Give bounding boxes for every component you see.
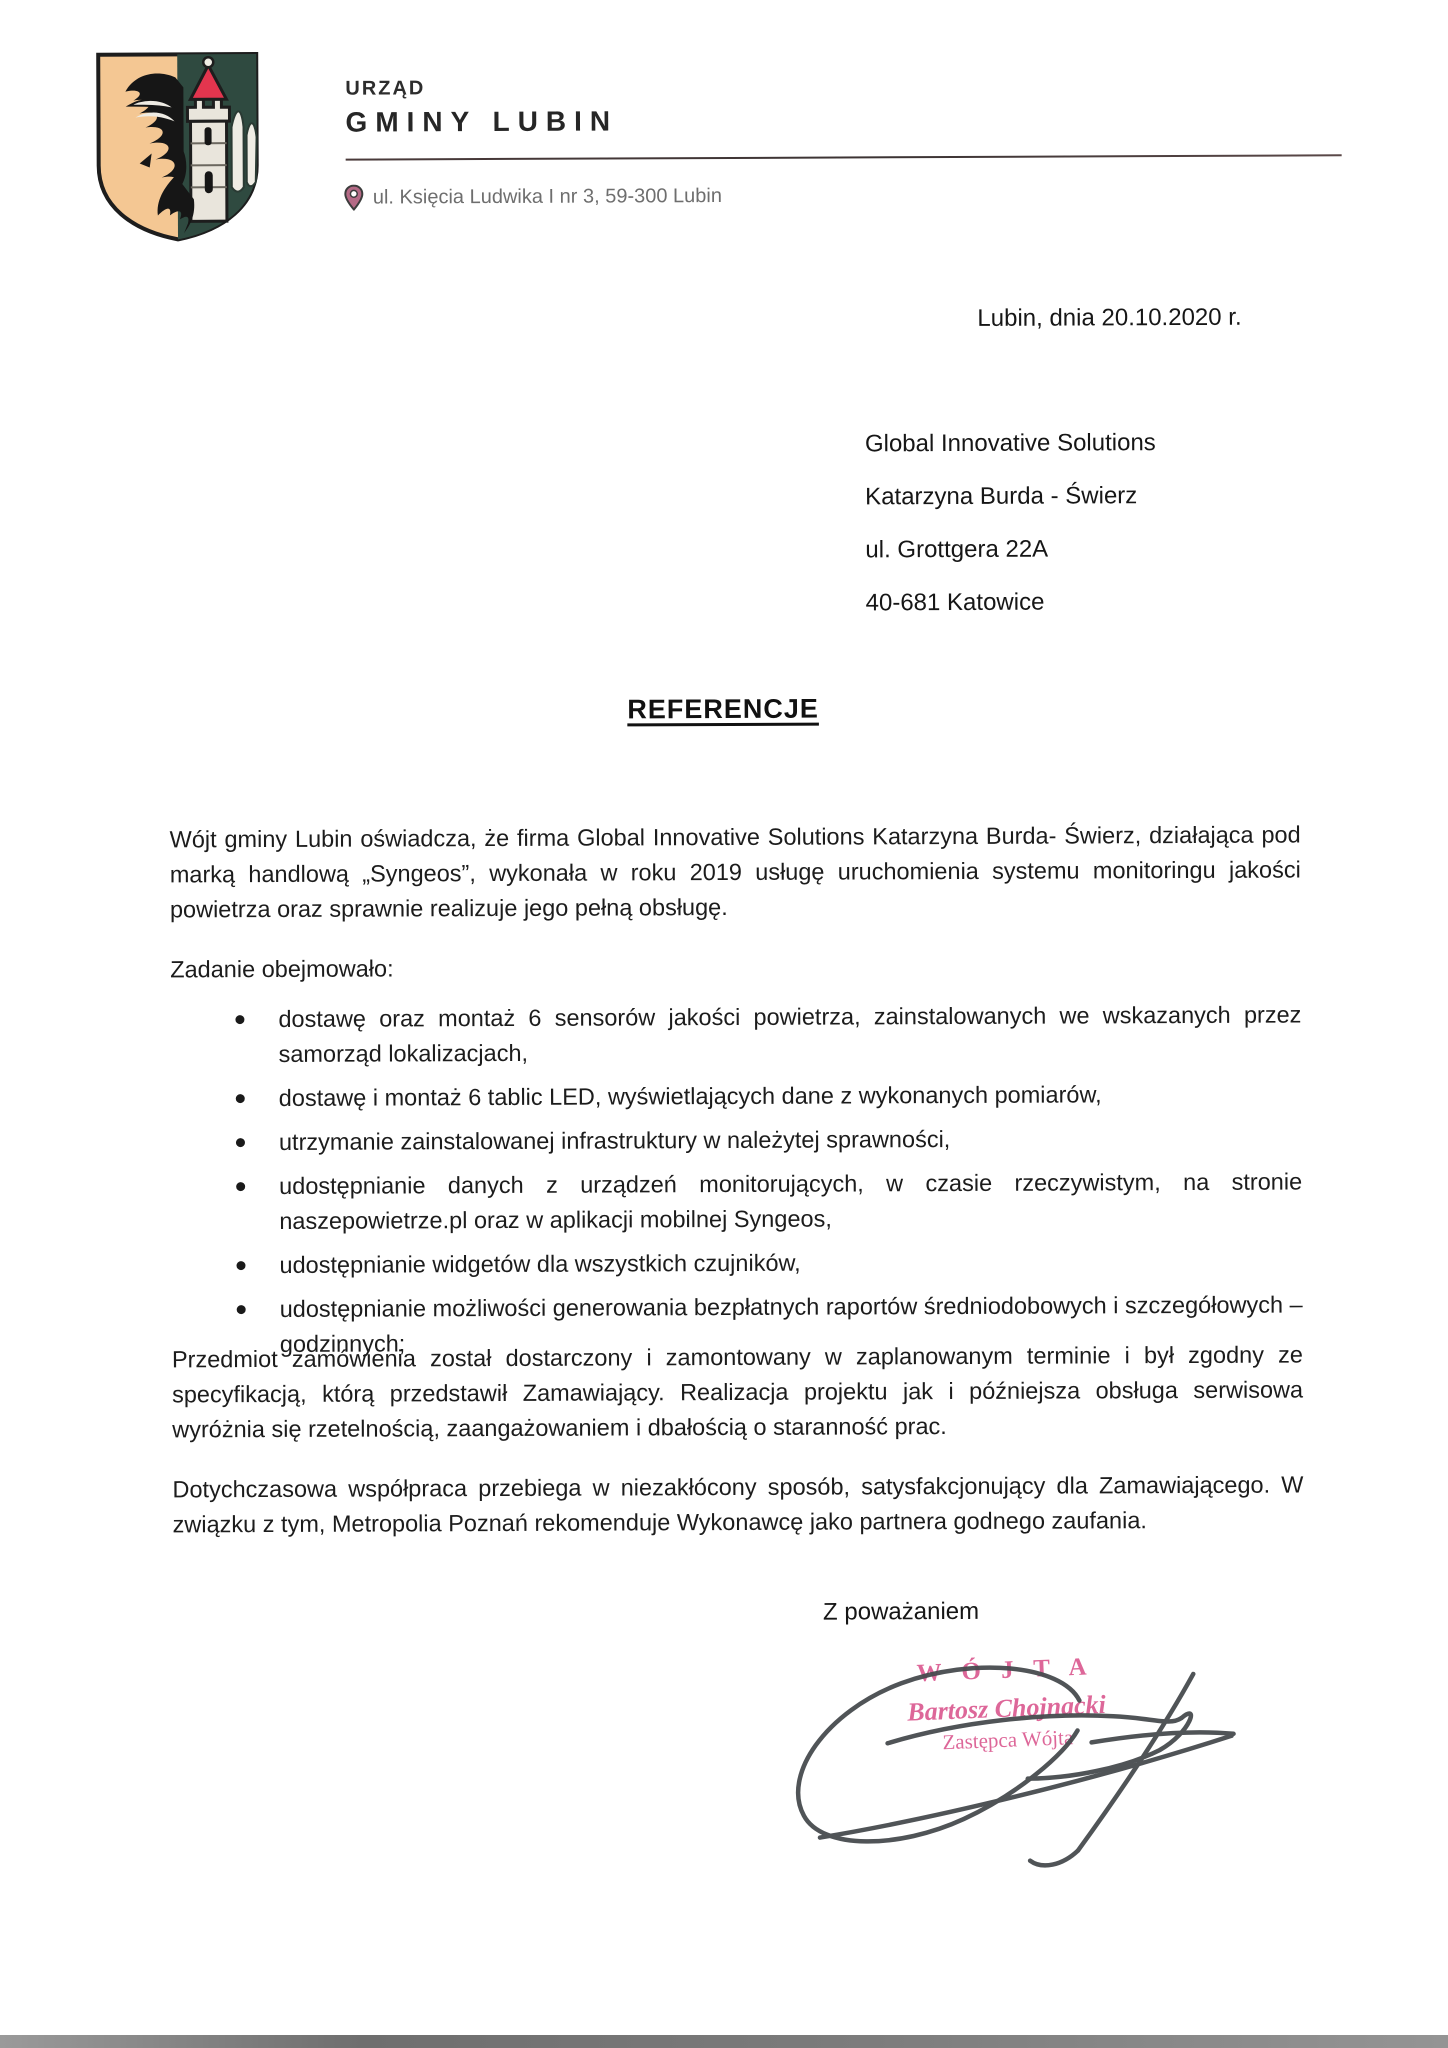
paragraph-delivery: Przedmiot zamówienia został dostarczony …: [172, 1337, 1303, 1447]
recipient-line: Katarzyna Burda - Świerz: [865, 469, 1156, 523]
scan-content: URZĄD GMINY LUBIN ul. Księcia Ludwika I …: [0, 0, 1448, 2048]
org-name-line1: URZĄD: [345, 76, 618, 100]
org-address-row: ul. Księcia Ludwika I nr 3, 59-300 Lubin: [344, 183, 722, 211]
coat-of-arms-gmina-lubin: [91, 47, 264, 246]
recipient-line: 40-681 Katowice: [865, 575, 1156, 629]
task-bullet-item: dostawę oraz montaż 6 sensorów jakości p…: [170, 997, 1301, 1072]
letterhead-text: URZĄD GMINY LUBIN: [345, 76, 618, 138]
recipient-block: Global Innovative SolutionsKatarzyna Bur…: [865, 416, 1157, 629]
task-bullet-item: dostawę i montaż 6 tablic LED, wyświetla…: [171, 1076, 1302, 1116]
task-bullet-item: udostępnianie danych z urządzeń monitoru…: [171, 1164, 1302, 1239]
document-title: REFERENCJE: [0, 691, 1447, 728]
task-bullet-list: dostawę oraz montaż 6 sensorów jakości p…: [170, 997, 1303, 1371]
org-name-line2: GMINY LUBIN: [345, 105, 618, 138]
location-pin-icon: [344, 185, 364, 211]
valediction: Z poważaniem: [823, 1598, 979, 1627]
scan-edge-shadow: [0, 2035, 1448, 2048]
date-line: Lubin, dnia 20.10.2020 r.: [977, 304, 1241, 333]
paragraph-recommendation: Dotychczasowa współpraca przebiega w nie…: [172, 1467, 1303, 1542]
recipient-line: Global Innovative Solutions: [865, 416, 1156, 470]
task-bullet-item: udostępnianie widgetów dla wszystkich cz…: [171, 1243, 1302, 1283]
task-bullet-item: utrzymanie zainstalowanej infrastruktury…: [171, 1120, 1302, 1160]
list-intro: Zadanie obejmowało:: [170, 947, 1301, 987]
handwritten-signature: [761, 1638, 1272, 1885]
org-address: ul. Księcia Ludwika I nr 3, 59-300 Lubin: [373, 185, 722, 210]
scanned-letter-page: URZĄD GMINY LUBIN ul. Księcia Ludwika I …: [0, 0, 1448, 2048]
header-divider: [346, 154, 1342, 160]
paragraph-statement: Wójt gminy Lubin oświadcza, że firma Glo…: [170, 817, 1301, 927]
recipient-line: ul. Grottgera 22A: [865, 522, 1156, 576]
